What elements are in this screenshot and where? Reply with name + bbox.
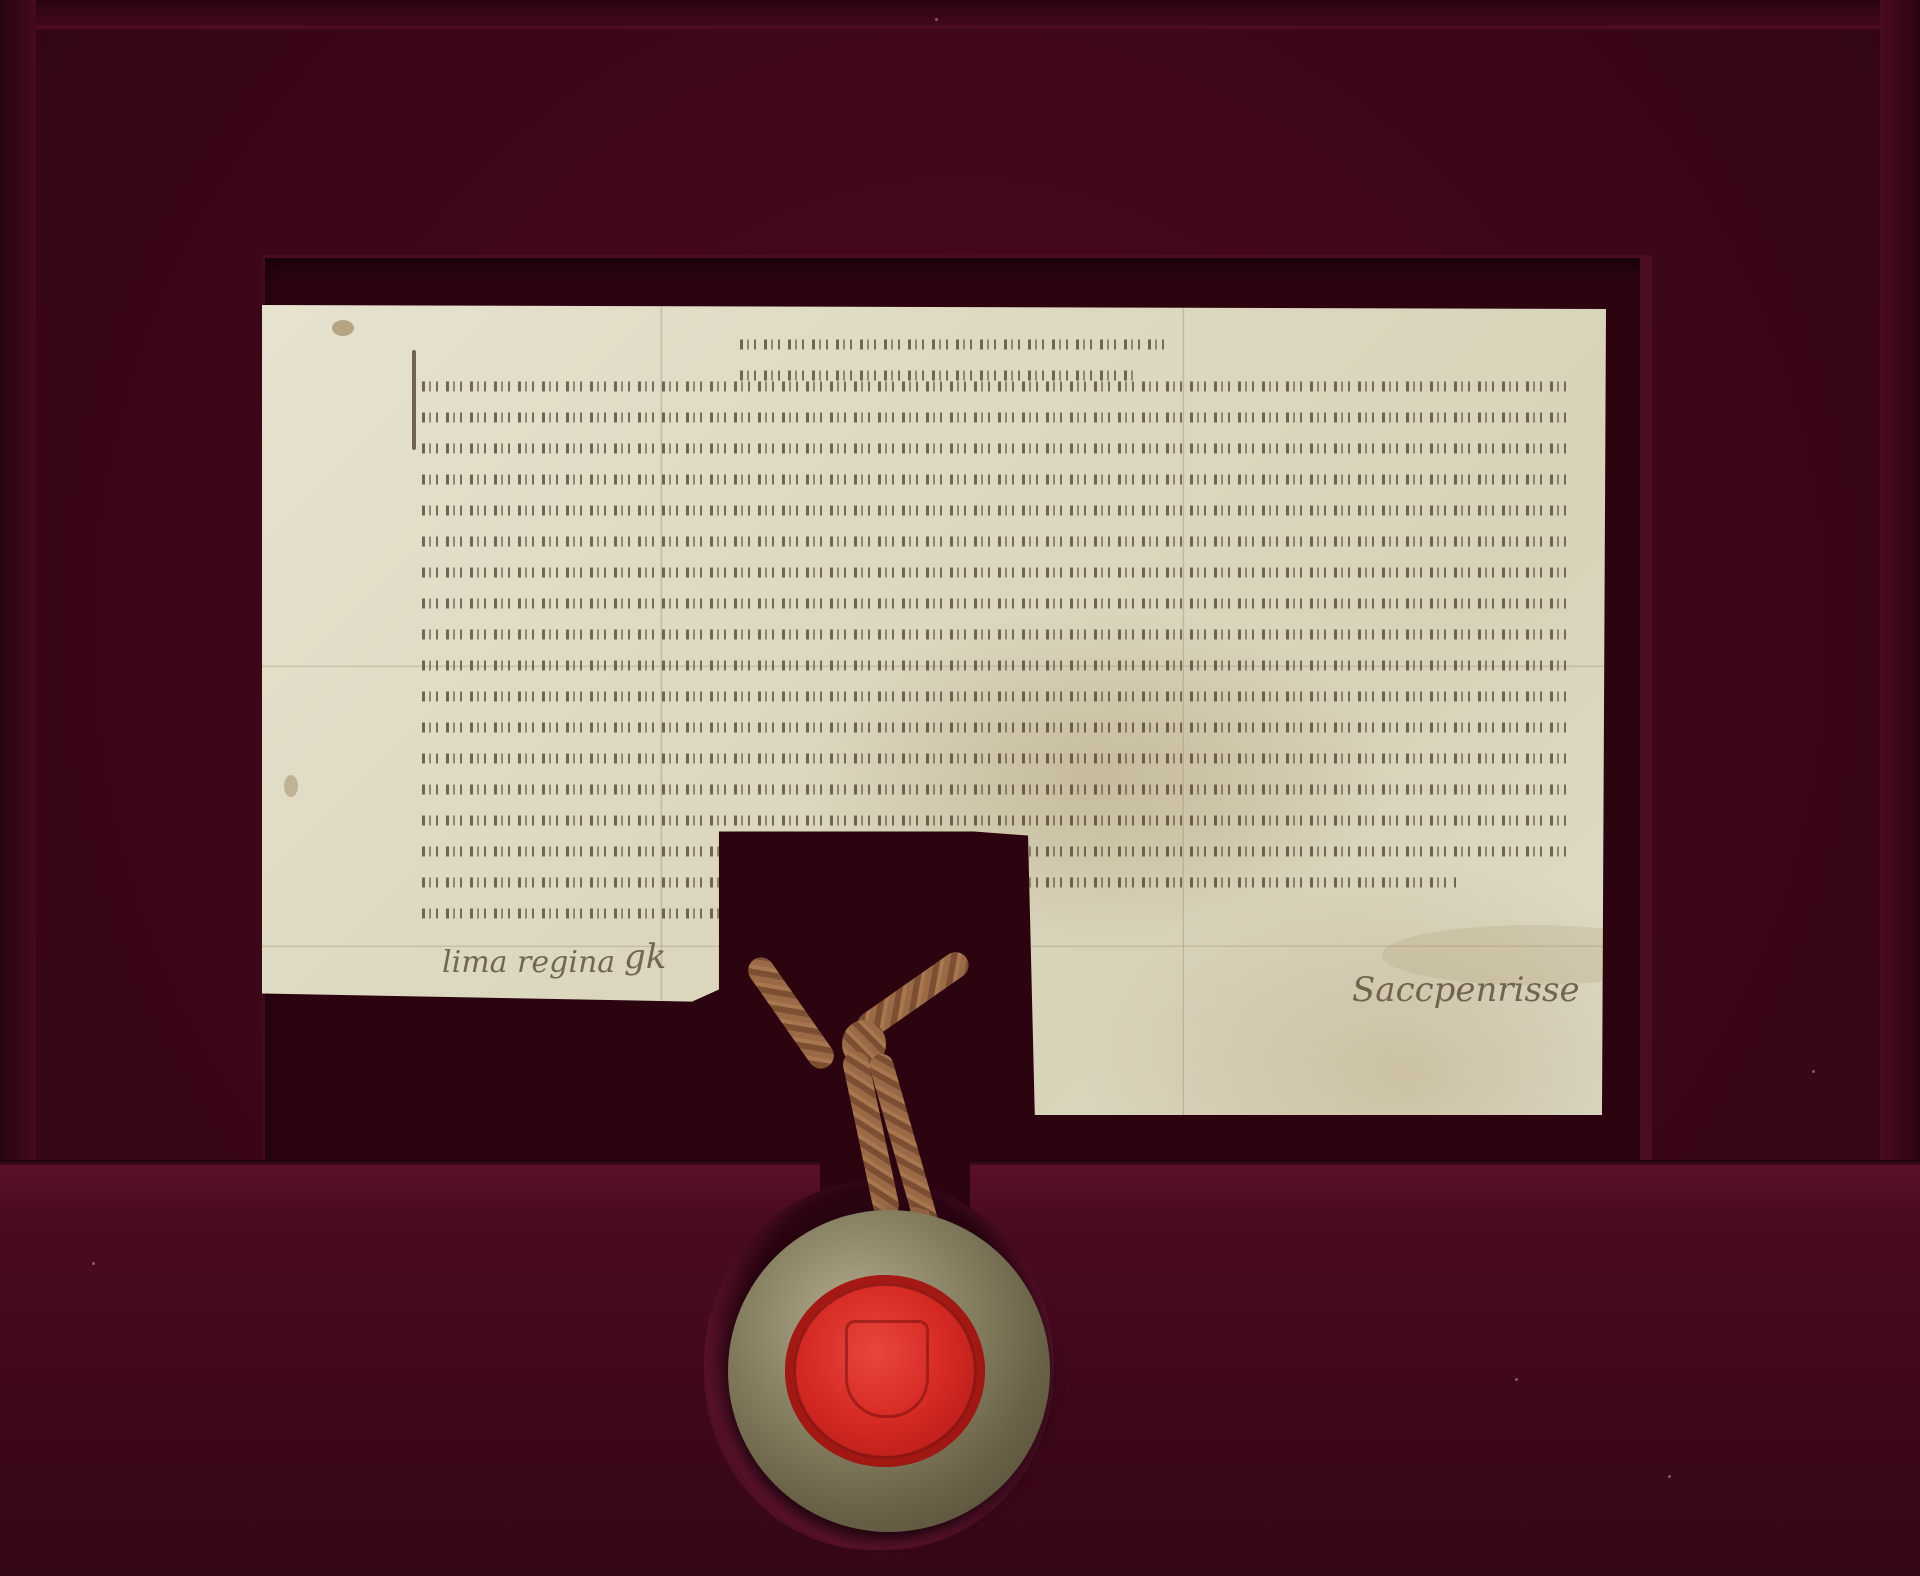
recess-edge — [1640, 255, 1652, 1160]
signature-right: Saccpenrisse — [1352, 970, 1580, 1010]
signature-left-mark: gk — [624, 937, 666, 977]
script-line — [740, 333, 1170, 355]
dust-speck — [935, 18, 938, 21]
dust-speck — [1515, 1378, 1518, 1381]
frame-bevel — [38, 26, 1882, 28]
stain — [332, 320, 354, 336]
initial-letter — [412, 350, 416, 450]
shield-icon — [845, 1320, 929, 1418]
body-script-right — [1190, 375, 1570, 902]
signature-left: lima regina — [442, 945, 615, 980]
dust-speck — [1812, 1070, 1815, 1073]
stain — [284, 775, 298, 797]
dust-speck — [1668, 1475, 1671, 1478]
dust-speck — [92, 1262, 95, 1265]
fold-line — [1182, 305, 1185, 1115]
